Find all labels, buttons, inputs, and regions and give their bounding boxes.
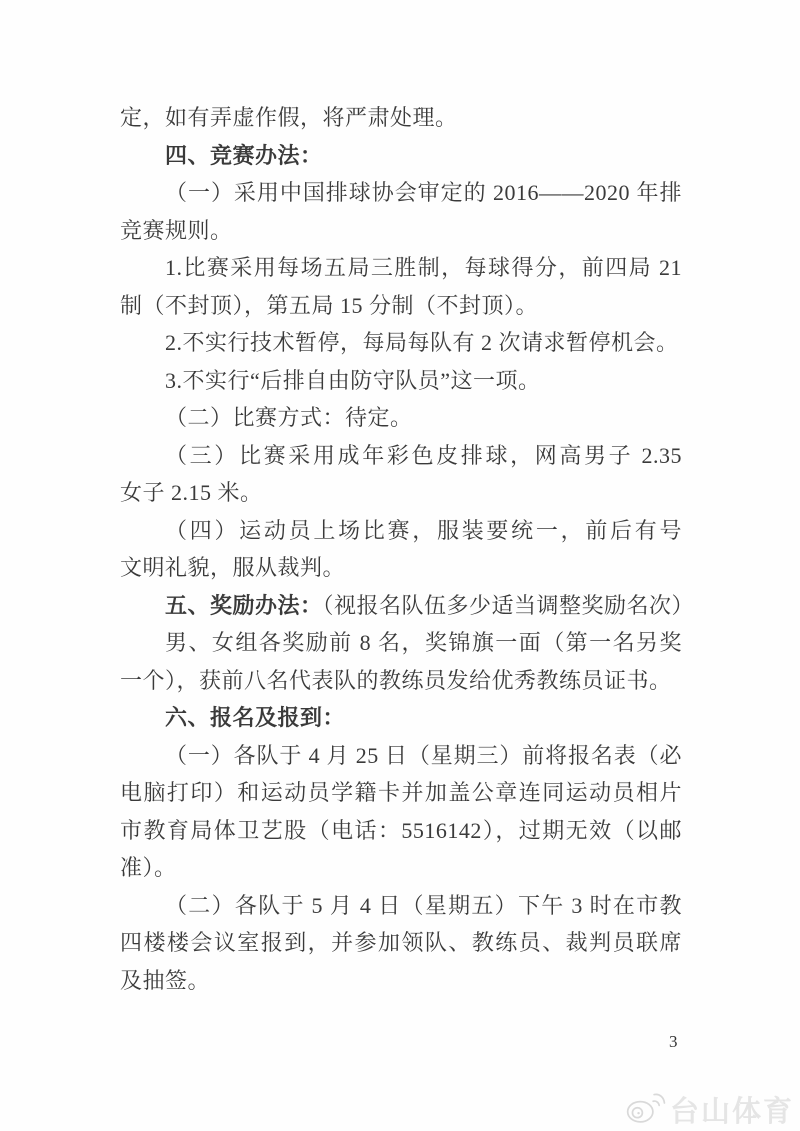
text-line: （二）各队于 5 月 4 日（星期五）下午 3 时在市教育局 <box>120 887 682 925</box>
line-text: 四楼楼会议室报到，并参加领队、教练员、裁判员联席会议 <box>120 930 682 962</box>
text-line: 市教育局体卫艺股（电话：5516142），过期无效（以邮戳为 <box>120 812 682 850</box>
line-text: （四）运动员上场比赛，服装要统一，前后有号码；讲 <box>165 518 682 550</box>
section-heading: 四、竞赛办法： <box>120 137 682 175</box>
document-page: 定，如有弄虚作假，将严肃处理。 四、竞赛办法： （一）采用中国排球协会审定的 2… <box>0 0 800 1131</box>
line-text: 定，如有弄虚作假，将严肃处理。 <box>120 105 458 130</box>
weibo-icon <box>625 1088 667 1130</box>
text-line: （一）各队于 4 月 25 日（星期三）前将报名表（必须 <box>120 737 682 775</box>
text-line: （二）比赛方式：待定。 <box>120 399 682 437</box>
line-text: （三）比赛采用成年彩色皮排球，网高男子 2.35 米， <box>165 443 682 475</box>
line-text: 市教育局体卫艺股（电话：5516142），过期无效（以邮戳为 <box>120 818 682 850</box>
line-text: 准）。 <box>120 855 177 880</box>
heading-label: 五、奖励办法： <box>165 593 323 618</box>
section-heading: 五、奖励办法：（视报名队伍多少适当调整奖励名次） <box>120 587 682 625</box>
text-line: （三）比赛采用成年彩色皮排球，网高男子 2.35 米， <box>120 437 682 475</box>
text-line: 男、女组各奖励前 8 名，奖锦旗一面（第一名另奖奖杯 <box>120 624 682 662</box>
line-text: （视报名队伍多少适当调整奖励名次） <box>323 593 695 618</box>
text-line: 四楼楼会议室报到，并参加领队、教练员、裁判员联席会议 <box>120 924 682 962</box>
line-text: 女子 2.15 米。 <box>120 480 263 505</box>
watermark-label: 台山体育 <box>670 1089 794 1130</box>
line-text: 电脑打印）和运动员学籍卡并加盖公章连同运动员相片寄交 <box>120 780 682 812</box>
line-text: （一）采用中国排球协会审定的 2016——2020 年排球 <box>165 180 682 212</box>
page-number: 3 <box>669 1031 678 1053</box>
text-line: 女子 2.15 米。 <box>120 474 682 512</box>
text-line: 1.比赛采用每场五局三胜制，每球得分，前四局 21 分 <box>120 249 682 287</box>
text-line: 制（不封顶），第五局 15 分制（不封顶）。 <box>120 287 682 325</box>
section-heading: 六、报名及报到： <box>120 699 682 737</box>
text-line: 准）。 <box>120 849 682 887</box>
line-text: 竞赛规则。 <box>120 218 233 243</box>
text-line: 一个），获前八名代表队的教练员发给优秀教练员证书。 <box>120 662 682 700</box>
line-text: 制（不封顶），第五局 15 分制（不封顶）。 <box>120 293 538 318</box>
text-line: 定，如有弄虚作假，将严肃处理。 <box>120 99 682 137</box>
text-line: （四）运动员上场比赛，服装要统一，前后有号码；讲 <box>120 512 682 550</box>
heading-label: 四、竞赛办法： <box>165 143 323 168</box>
line-text: 一个），获前八名代表队的教练员发给优秀教练员证书。 <box>120 668 672 693</box>
heading-label: 六、报名及报到： <box>165 705 345 730</box>
text-line: 电脑打印）和运动员学籍卡并加盖公章连同运动员相片寄交 <box>120 774 682 812</box>
text-line: 文明礼貌，服从裁判。 <box>120 549 682 587</box>
text-line: 3.不实行“后排自由防守队员”这一项。 <box>120 362 682 400</box>
line-text: （二）比赛方式：待定。 <box>165 405 413 430</box>
line-text: 男、女组各奖励前 8 名，奖锦旗一面（第一名另奖奖杯 <box>165 630 682 662</box>
text-line: 2.不实行技术暂停，每局每队有 2 次请求暂停机会。 <box>120 324 682 362</box>
watermark: 台山体育 <box>625 1088 794 1130</box>
text-line: 及抽签。 <box>120 962 682 1000</box>
line-text: 3.不实行“后排自由防守队员”这一项。 <box>165 368 541 393</box>
line-text: （二）各队于 5 月 4 日（星期五）下午 3 时在市教育局 <box>165 893 682 925</box>
line-text: 文明礼貌，服从裁判。 <box>120 555 345 580</box>
text-line: 竞赛规则。 <box>120 212 682 250</box>
line-text: 及抽签。 <box>120 968 210 993</box>
line-text: （一）各队于 4 月 25 日（星期三）前将报名表（必须 <box>165 743 682 775</box>
document-body: 定，如有弄虚作假，将严肃处理。 四、竞赛办法： （一）采用中国排球协会审定的 2… <box>120 99 682 999</box>
text-line: （一）采用中国排球协会审定的 2016——2020 年排球 <box>120 174 682 212</box>
line-text: 1.比赛采用每场五局三胜制，每球得分，前四局 21 分 <box>165 255 682 287</box>
line-text: 2.不实行技术暂停，每局每队有 2 次请求暂停机会。 <box>165 330 679 355</box>
